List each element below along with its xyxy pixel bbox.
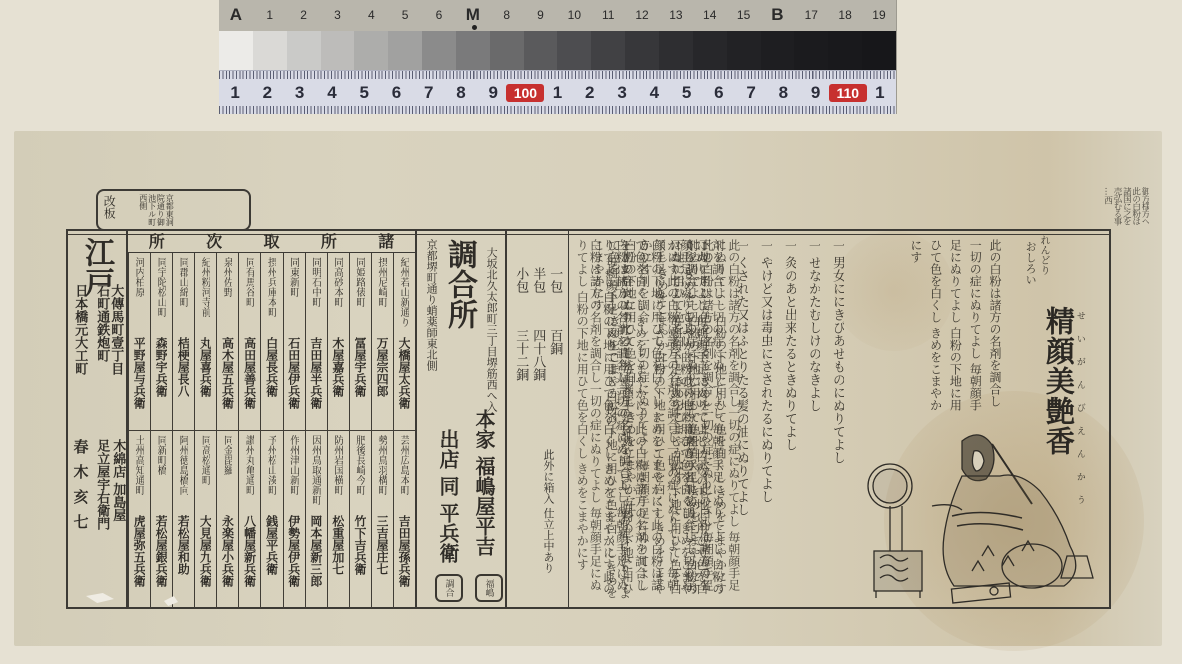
store-name: 平野屋与兵衛 bbox=[132, 337, 145, 429]
price-value: 四十八銅 bbox=[530, 329, 544, 381]
store-place: 河内柏原 bbox=[133, 257, 144, 335]
edo-line-2: 石町通鉄炮町 bbox=[94, 284, 108, 362]
target-label: 8 bbox=[490, 8, 524, 22]
store-place: 同高松通町 bbox=[199, 435, 210, 513]
ruler-number: 8 bbox=[445, 83, 477, 103]
document-sheet: 御方様方へ 此の白粉は諸国に之を売弘むる事 … 西 改板 京都東洞院通り御池下ル… bbox=[14, 131, 1162, 646]
gray-patch bbox=[219, 31, 253, 70]
store-name: 竹下吉兵衛 bbox=[353, 515, 366, 607]
store-place: 摂州尼崎町 bbox=[376, 257, 387, 335]
store-entry: 予州松山湊町銭屋平兵衛 bbox=[260, 431, 282, 609]
price-size: 小包 bbox=[513, 267, 527, 293]
store-name: 高木屋五兵衛 bbox=[220, 337, 233, 429]
price-size: 一包 bbox=[547, 267, 561, 293]
gray-patch bbox=[761, 31, 795, 70]
gray-patch bbox=[659, 31, 693, 70]
target-label: 15 bbox=[727, 8, 761, 22]
maker-section: 調合所 大坂北久太郎町三丁目堺筋西へ入 京都堺町通り蛸薬師東北側 本家 福嶋屋平… bbox=[415, 229, 507, 609]
store-entry: 同郡山綿町桔梗屋長八 bbox=[172, 253, 194, 431]
gray-patch bbox=[253, 31, 287, 70]
maker-seal-2: 調合 bbox=[435, 574, 463, 602]
target-label: 13 bbox=[659, 8, 693, 22]
store-name: 若松屋和助 bbox=[176, 515, 189, 607]
store-name: 白屋長兵衛 bbox=[264, 337, 277, 429]
edo-section: 江戸 大傳馬町壹丁目 石町通鉄炮町 日本橋元大工町 木綿店 加島屋 足立屋宇右衛… bbox=[66, 229, 128, 609]
mid-marker-dot bbox=[472, 25, 477, 30]
store-entry: 阿州徳島橋向若松屋和助 bbox=[172, 431, 194, 609]
store-place: 芸州広島本町 bbox=[398, 435, 409, 513]
gray-patch bbox=[422, 31, 456, 70]
ruler-number: 6 bbox=[380, 83, 412, 103]
ruler-ticks-bottom bbox=[219, 106, 896, 114]
store-place: 同明石中町 bbox=[310, 257, 321, 335]
gray-patch bbox=[591, 31, 625, 70]
store-place: 防州岩国横町 bbox=[332, 435, 343, 513]
maker-seal-1: 福嶋 bbox=[475, 574, 503, 602]
store-name: 大橋屋太兵衛 bbox=[397, 337, 410, 429]
store-entry: 土州高知通町虎屋弥五兵衛 bbox=[128, 431, 150, 609]
grayscale-strip bbox=[219, 31, 896, 70]
store-entry: 芸州広島本町吉田屋孫兵衛 bbox=[393, 431, 415, 609]
product-subtitle-ruby: れんどり bbox=[1038, 235, 1049, 275]
gray-patch bbox=[456, 31, 490, 70]
store-entry: 同東新町石田屋伊兵衛 bbox=[283, 253, 305, 431]
tag-box: 改板 京都東洞院通り御池下ル町西側 bbox=[96, 189, 251, 231]
ruler-number: 5 bbox=[670, 83, 702, 103]
store-entry: 同高松通町大見屋九兵衛 bbox=[194, 431, 216, 609]
gray-patch bbox=[321, 31, 355, 70]
ruler-number: 100 bbox=[506, 84, 544, 102]
ruler-ticks-top bbox=[219, 71, 896, 79]
tag-box-label: 改板 bbox=[102, 195, 115, 229]
store-entry: 同高砂本町木屋嘉兵衛 bbox=[327, 253, 349, 431]
store-place: 紀州若山新通り bbox=[398, 257, 409, 335]
target-label: M bbox=[456, 5, 490, 25]
ruler-number: 4 bbox=[316, 83, 348, 103]
store-place: 同東新町 bbox=[288, 257, 299, 335]
price-note: 此外に箱入 仕立上中あり bbox=[517, 449, 557, 579]
store-entry: 同宇陀松山町森野宇兵衛 bbox=[150, 253, 172, 431]
target-label: 10 bbox=[557, 8, 591, 22]
target-label: 11 bbox=[591, 8, 625, 22]
ruler-number: 1 bbox=[864, 83, 896, 103]
tag-box-text: 京都東洞院通り御池下ル町西側 bbox=[138, 194, 173, 230]
ruler-number: 9 bbox=[800, 83, 832, 103]
gray-patch bbox=[625, 31, 659, 70]
store-place: 予州松山湊町 bbox=[265, 435, 276, 513]
ruler-number: 5 bbox=[348, 83, 380, 103]
maker-label: 調合所 bbox=[443, 239, 476, 329]
store-entry: 同有馬谷町高田屋善兵衛 bbox=[238, 253, 260, 431]
target-label: B bbox=[761, 5, 795, 25]
osaka-address: 大坂北久太郎町三丁目堺筋西へ入 bbox=[485, 247, 497, 417]
store-name: 冨屋宇兵衛 bbox=[353, 337, 366, 429]
ruler-numbers: 1234567891001234567891101 bbox=[219, 82, 896, 104]
target-label: 2 bbox=[287, 8, 321, 22]
ruler-number: 8 bbox=[767, 83, 799, 103]
store-place: 因州鳥取通新町 bbox=[310, 435, 321, 513]
measuring-ruler: 1234567891001234567891101 bbox=[219, 70, 896, 114]
target-label: 1 bbox=[253, 8, 287, 22]
edo-line-3: 日本橋元大工町 bbox=[72, 284, 86, 375]
target-label: A bbox=[219, 5, 253, 25]
efficacy-item: 一 灸のあと出来たるときぬりてよし bbox=[782, 239, 796, 599]
store-entry: 肥後長崎今町竹下吉兵衛 bbox=[349, 431, 371, 609]
store-entry: 作州津山新町伊勢屋伊兵衛 bbox=[283, 431, 305, 609]
store-name: 岡本屋新三郎 bbox=[309, 515, 322, 607]
ruler-number: 4 bbox=[638, 83, 670, 103]
store-list: 紀州若山新通り大橋屋太兵衛摂州尼崎町万屋宗四郎同姫路俵町冨屋宇兵衛同高砂本町木屋… bbox=[128, 253, 415, 609]
store-entry: 因州鳥取通新町岡本屋新三郎 bbox=[305, 431, 327, 609]
store-name: 三吉屋庄七 bbox=[375, 515, 388, 607]
target-label: 4 bbox=[354, 8, 388, 22]
store-place: 同金毘羅 bbox=[221, 435, 232, 513]
gray-patch bbox=[828, 31, 862, 70]
woman-with-mirror-illustration bbox=[862, 426, 1102, 606]
store-heading-char: 次 bbox=[206, 229, 222, 252]
gray-patch bbox=[862, 31, 896, 70]
target-label: 14 bbox=[693, 8, 727, 22]
store-place: 肥後長崎今町 bbox=[354, 435, 365, 513]
ruler-number: 2 bbox=[251, 83, 283, 103]
gray-patch bbox=[524, 31, 558, 70]
target-label: 18 bbox=[828, 8, 862, 22]
price-list: 一包百銅半包四十八銅小包三十二銅此外に箱入 仕立上中あり bbox=[507, 229, 569, 609]
product-subtitle: おしろい bbox=[1024, 241, 1036, 285]
price-size: 半包 bbox=[530, 267, 544, 293]
store-entry: 摂州尼崎町万屋宗四郎 bbox=[371, 253, 393, 431]
store-heading-char: 所 bbox=[321, 229, 337, 252]
store-name: 森野宇兵衛 bbox=[154, 337, 167, 429]
efficacy-list: 一 男女ににきびあせものにぬりてよし一 せなかたむしけのなきよし一 灸のあと出来… bbox=[704, 235, 844, 605]
target-label: 19 bbox=[862, 8, 896, 22]
target-label: 3 bbox=[321, 8, 355, 22]
store-place: 阿州徳島橋向 bbox=[177, 435, 188, 513]
store-name: 銭屋平兵衛 bbox=[264, 515, 277, 607]
store-name: 若松屋銀兵衛 bbox=[154, 515, 167, 607]
ruler-number: 1 bbox=[219, 83, 251, 103]
price-value: 百銅 bbox=[547, 329, 561, 355]
edo-line-1: 大傳馬町壹丁目 bbox=[108, 284, 122, 375]
store-place: 勢州鳥羽構町 bbox=[376, 435, 387, 513]
store-entry: 紀州粉河寺前丸屋喜兵衛 bbox=[194, 253, 216, 431]
store-place: 同宇陀松山町 bbox=[155, 257, 166, 335]
store-place: 土州高知通町 bbox=[133, 435, 144, 513]
gray-patch bbox=[287, 31, 321, 70]
product-intro-text: 此の白粉は諸方の名剤を調合し一切の症にぬりてよし 毎朝顔手足にぬりてよし 白粉の… bbox=[834, 239, 1004, 414]
ruler-number: 9 bbox=[477, 83, 509, 103]
store-entry: 紀州若山新通り大橋屋太兵衛 bbox=[393, 253, 415, 431]
target-patch-labels: A123456M89101112131415B171819 bbox=[219, 0, 896, 30]
target-label: 17 bbox=[794, 8, 828, 22]
store-place: 同有馬谷町 bbox=[243, 257, 254, 335]
store-name: 永楽屋小兵衛 bbox=[220, 515, 233, 607]
target-label: 12 bbox=[625, 8, 659, 22]
gray-patch bbox=[794, 31, 828, 70]
ruler-number: 6 bbox=[703, 83, 735, 103]
store-name: 八幡屋新兵衛 bbox=[242, 515, 255, 607]
ruler-number: 3 bbox=[606, 83, 638, 103]
edo-line-5: 足立屋宇右衛門 bbox=[94, 439, 108, 530]
gray-patch bbox=[490, 31, 524, 70]
ruler-number: 2 bbox=[574, 83, 606, 103]
store-place: 作州津山新町 bbox=[288, 435, 299, 513]
store-entry: 防州岩国横町松重屋加七 bbox=[327, 431, 349, 609]
store-place: 泉州佐野 bbox=[221, 257, 232, 335]
gray-patch bbox=[557, 31, 591, 70]
color-calibration-target: A123456M89101112131415B171819 1234567891… bbox=[219, 0, 897, 114]
store-name: 虎屋弥五兵衛 bbox=[132, 515, 145, 607]
store-name: 吉田屋半兵衛 bbox=[309, 337, 322, 429]
store-place: 摂州兵庫本町 bbox=[265, 257, 276, 335]
store-entry: 同金毘羅永楽屋小兵衛 bbox=[216, 431, 238, 609]
store-heading-char: 取 bbox=[264, 229, 280, 252]
store-name: 高田屋善兵衛 bbox=[242, 337, 255, 429]
store-name: 吉田屋孫兵衛 bbox=[397, 515, 410, 607]
gray-patch bbox=[354, 31, 388, 70]
ruler-number: 110 bbox=[829, 84, 867, 102]
store-entry: 同姫路俵町冨屋宇兵衛 bbox=[349, 253, 371, 431]
target-label: 5 bbox=[388, 8, 422, 22]
price-value: 三十二銅 bbox=[513, 329, 527, 381]
edo-line-6: 春木亥七 bbox=[72, 439, 89, 539]
main-store: 本家 福嶋屋平吉 bbox=[473, 409, 495, 556]
efficacy-item: 一 せなかたむしけのなきよし bbox=[806, 239, 820, 599]
store-entry: 摂州兵庫本町白屋長兵衛 bbox=[260, 253, 282, 431]
target-label: 6 bbox=[422, 8, 456, 22]
kyoto-address: 京都堺町通り蛸薬師東北側 bbox=[425, 239, 437, 409]
store-name: 万屋宗四郎 bbox=[375, 337, 388, 429]
ruler-number: 7 bbox=[735, 83, 767, 103]
store-name: 伊勢屋伊兵衛 bbox=[287, 515, 300, 607]
store-entry: 同新町橋若松屋銀兵衛 bbox=[150, 431, 172, 609]
store-entry: 勢州鳥羽構町三吉屋庄七 bbox=[371, 431, 393, 609]
store-place: 讃州丸亀通町 bbox=[243, 435, 254, 513]
store-name: 桔梗屋長八 bbox=[176, 337, 189, 429]
store-entry: 泉州佐野高木屋五兵衛 bbox=[216, 253, 238, 431]
store-place: 紀州粉河寺前 bbox=[199, 257, 210, 335]
branch-store: 出店 同 平兵衛 bbox=[437, 429, 459, 563]
efficacy-item: 一 くされた又はふとりたる髪の油にぬりてよし bbox=[734, 239, 748, 599]
gray-patch bbox=[388, 31, 422, 70]
store-name: 石田屋伊兵衛 bbox=[287, 337, 300, 429]
store-entry: 讃州丸亀通町八幡屋新兵衛 bbox=[238, 431, 260, 609]
body-text-column: 白粉は諸方の名剤を調合し一切の症にぬりてよし 毎朝顔手足にぬりてよし 白粉の下地… bbox=[575, 239, 628, 599]
ruler-number: 3 bbox=[284, 83, 316, 103]
edo-line-4: 木綿店 加島屋 bbox=[110, 439, 124, 522]
header-note: 御方様方へ 此の白粉は諸国に之を売弘むる事 … 西 bbox=[479, 187, 1149, 229]
gray-patch bbox=[693, 31, 727, 70]
store-name: 丸屋喜兵衛 bbox=[198, 337, 211, 429]
store-name: 松重屋加七 bbox=[331, 515, 344, 607]
store-place: 同高砂本町 bbox=[332, 257, 343, 335]
store-heading-char: 所 bbox=[149, 229, 165, 252]
gray-patch bbox=[727, 31, 761, 70]
store-entry: 河内柏原平野屋与兵衛 bbox=[128, 253, 150, 431]
store-list-heading: 諸所取次所 bbox=[128, 229, 415, 253]
store-heading-char: 諸 bbox=[378, 229, 394, 252]
store-name: 木屋嘉兵衛 bbox=[331, 337, 344, 429]
efficacy-item: 一 やけど又は毒虫にさされたるにぬりてよし bbox=[758, 239, 772, 599]
store-place: 同新町橋 bbox=[155, 435, 166, 513]
store-name: 大見屋九兵衛 bbox=[198, 515, 211, 607]
ruler-number: 1 bbox=[541, 83, 573, 103]
ruler-number: 7 bbox=[413, 83, 445, 103]
store-place: 同郡山綿町 bbox=[177, 257, 188, 335]
store-place: 同姫路俵町 bbox=[354, 257, 365, 335]
store-entry: 同明石中町吉田屋半兵衛 bbox=[305, 253, 327, 431]
target-label: 9 bbox=[524, 8, 558, 22]
